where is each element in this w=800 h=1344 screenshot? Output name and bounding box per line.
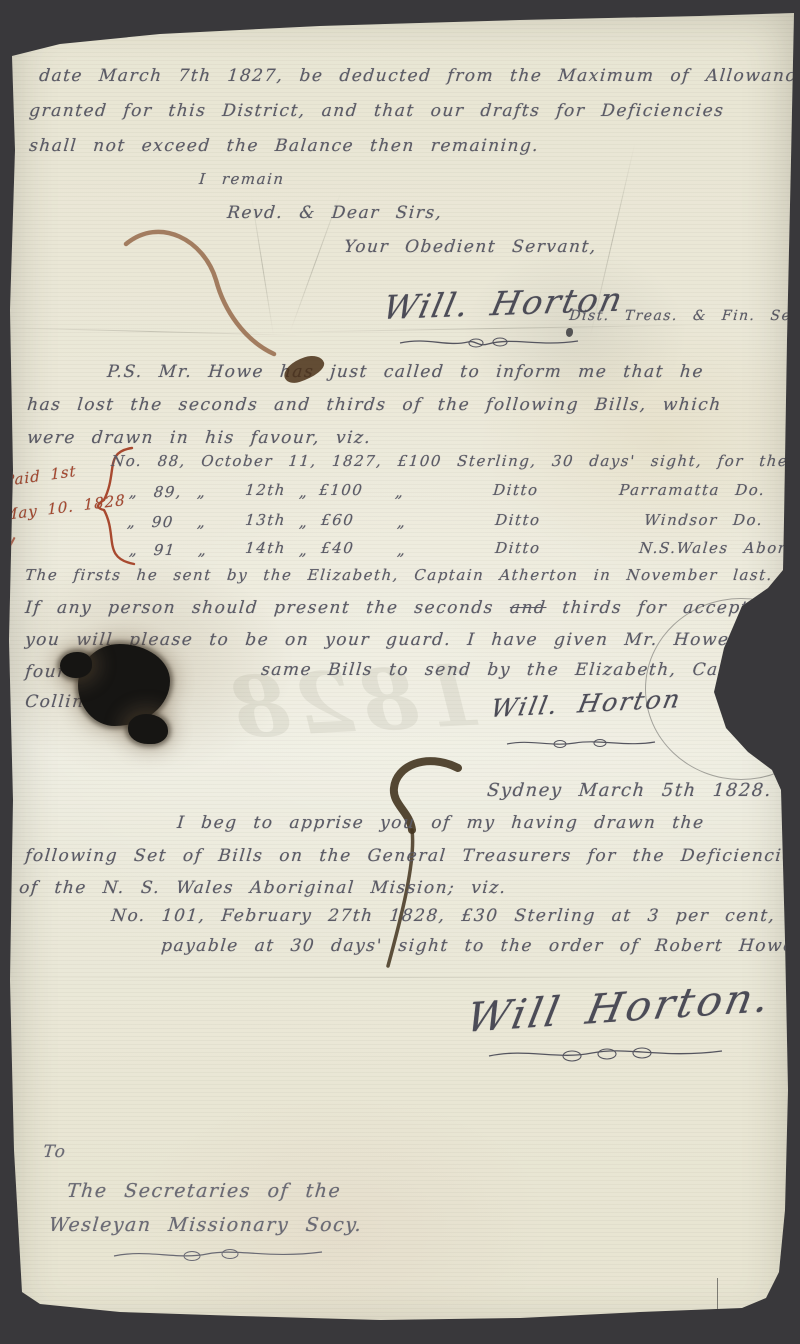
scanned-letter-page: 1828 date March 7th 1827, be deducted fr… xyxy=(0,0,800,1344)
letter-paper: 1828 date March 7th 1827, be deducted fr… xyxy=(0,0,800,1344)
scan-vignette xyxy=(0,0,800,1344)
